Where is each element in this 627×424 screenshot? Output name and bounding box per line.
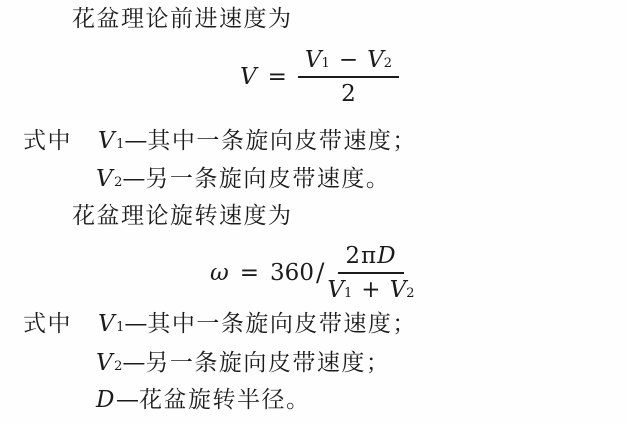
paragraph-rotation-speed-intro: 花盆理论旋转速度为 — [72, 203, 293, 231]
where2-row-D: D—花盆旋转半径。 — [96, 387, 310, 415]
em-dash: — — [124, 128, 147, 154]
var-V1: V — [98, 311, 116, 339]
em-dash: — — [122, 350, 145, 376]
equals-sign: = — [268, 64, 287, 90]
where1-label: 式中 — [23, 128, 72, 154]
numeral-2: 2 — [345, 243, 361, 269]
formula1-numerator: V1 − V2 — [298, 47, 399, 78]
var-V2-description: 另一条旋向皮带速度。 — [145, 166, 390, 192]
formula2-fraction: 2 π D V1 + V2 — [327, 243, 414, 304]
formula1-denominator: 2 — [341, 78, 356, 107]
var-V1: V — [327, 277, 344, 303]
var-V1: V — [305, 47, 322, 73]
var-D-description: 花盆旋转半径。 — [139, 387, 311, 413]
em-dash: — — [116, 387, 139, 413]
var-D: D — [96, 387, 116, 415]
formula2-numerator: 2 π D — [338, 243, 403, 274]
var-V2: V — [96, 166, 114, 194]
where1-row-V1: 式中V1—其中一条旋向皮带速度； — [23, 128, 417, 156]
formula2-lhs-omega: ω — [210, 260, 229, 286]
var-V2: V — [96, 350, 114, 378]
var-V1: V — [98, 128, 116, 156]
var-D: D — [377, 243, 396, 269]
where2-row-V1: 式中V1—其中一条旋向皮带速度； — [23, 311, 417, 339]
var-V2-description: 另一条旋向皮带速度； — [145, 350, 390, 376]
where2-row-V2: V2—另一条旋向皮带速度； — [96, 350, 390, 378]
division-slash: / — [316, 259, 324, 288]
where2-label: 式中 — [23, 311, 72, 337]
formula1-fraction: V1 − V2 2 — [298, 47, 399, 108]
formula2-coefficient: 360 — [270, 260, 314, 286]
em-dash: — — [122, 166, 145, 192]
formula1-lhs: V — [240, 64, 257, 90]
formula2-denominator: V1 + V2 — [327, 274, 414, 303]
formula-rotation-speed: ω = 360 / 2 π D V1 + V2 — [210, 243, 414, 304]
plus-sign: + — [361, 277, 380, 303]
var-V1-description: 其中一条旋向皮带速度； — [147, 128, 417, 154]
em-dash: — — [124, 311, 147, 337]
var-V2: V — [367, 47, 384, 73]
pi-symbol: π — [361, 243, 377, 269]
var-V1-description: 其中一条旋向皮带速度； — [147, 311, 417, 337]
document-page: 花盆理论前进速度为 V = V1 − V2 2 式中V1—其中一条旋向皮带速度；… — [0, 0, 627, 424]
equals-sign: = — [240, 260, 259, 286]
paragraph-forward-speed-intro: 花盆理论前进速度为 — [72, 6, 293, 34]
var-V2: V — [390, 277, 407, 303]
minus-sign: − — [339, 47, 358, 73]
where1-row-V2: V2—另一条旋向皮带速度。 — [96, 166, 390, 194]
formula-forward-speed: V = V1 − V2 2 — [240, 47, 399, 108]
